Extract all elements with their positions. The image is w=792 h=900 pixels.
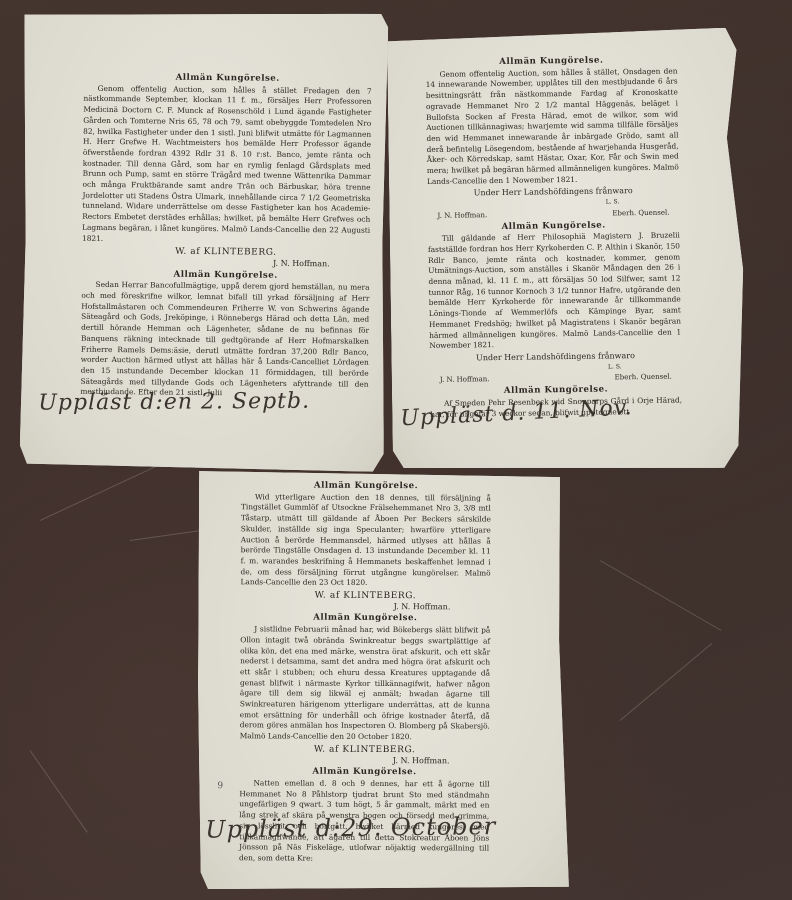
- newspaper-clipping-top-right: Allmän Kungörelse. Genom offentelig Auct…: [387, 28, 753, 473]
- notice-body: Till gäldande af Herr Philosophiä Magist…: [428, 231, 682, 352]
- clipping-text: Allmän Kungörelse. Genom offentelig Auct…: [425, 53, 682, 420]
- notice-heading: Allmän Kungörelse.: [239, 767, 489, 779]
- handwritten-annotation: Uppläst d:en 2. Septb.: [38, 389, 310, 416]
- signature-hoffman: J. N. Hoffman.: [437, 210, 487, 221]
- newspaper-clipping-top-left: Allmän Kungörelse. Genom offentelig Auct…: [20, 10, 389, 472]
- notice-body: Genom offentelig Auction, som hålles å s…: [82, 83, 372, 247]
- signature-hoffman: J. N. Hoffman.: [240, 755, 490, 767]
- signature-hoffman: J. N. Hoffman.: [240, 601, 490, 613]
- notice-body: Genom offentelig Auction, som hålles å s…: [425, 66, 679, 187]
- clipping-text: Allmän Kungörelse. Wid ytterligare Aucti…: [239, 479, 491, 865]
- signature-quensel: Eberh. Quensel.: [612, 207, 669, 218]
- margin-mark: 9: [217, 781, 223, 791]
- handwritten-annotation: Uppläst d:29. October: [205, 812, 496, 844]
- notice-body: Sedan Herrar Bancofullmägtige, uppå dere…: [80, 280, 369, 401]
- notice-heading: Allmän Kungörelse.: [240, 613, 490, 625]
- notice-body: Wid ytterligare Auction den 18 dennes, t…: [240, 492, 491, 590]
- newspaper-clipping-bottom: Allmän Kungörelse. Wid ytterligare Aucti…: [197, 471, 571, 891]
- clipping-text: Allmän Kungörelse. Genom offentelig Auct…: [80, 71, 371, 401]
- notice-heading: Allmän Kungörelse.: [241, 480, 491, 492]
- notice-body: J sistlidne Februarii månad har, wid Bök…: [240, 624, 491, 743]
- signature-quensel: Eberh. Quensel.: [615, 372, 672, 383]
- signature-hoffman: J. N. Hoffman.: [440, 375, 490, 386]
